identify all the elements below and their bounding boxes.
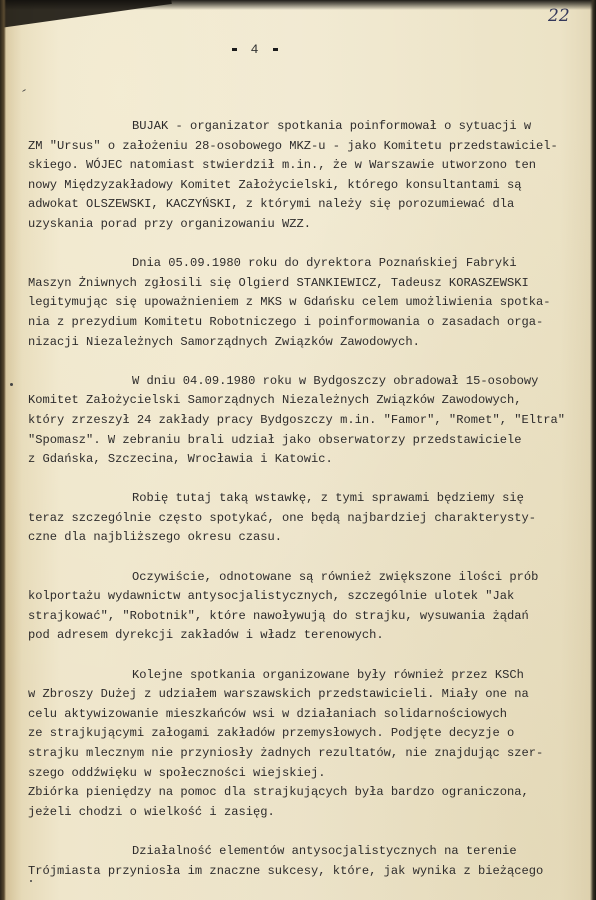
text-line: pod adresem dyrekcji zakładów i władz te…	[28, 626, 596, 646]
text-line: Dnia 05.09.1980 roku do dyrektora Poznań…	[28, 254, 596, 274]
text-line: który zrzeszył 24 zakłady pracy Bydgoszc…	[28, 411, 596, 431]
scan-speck	[30, 880, 32, 882]
text-line: skiego. WÓJEC natomiast stwierdził m.in.…	[28, 156, 596, 176]
text-line: w Zbroszy Dużej z udziałem warszawskich …	[28, 685, 596, 705]
text-line: legitymując się upoważnieniem z MKS w Gd…	[28, 293, 596, 313]
text-line: W dniu 04.09.1980 roku w Bydgoszczy obra…	[28, 372, 596, 392]
text-line: teraz szczególnie często spotykać, one b…	[28, 509, 596, 529]
text-line: adwokat OLSZEWSKI, KACZYŃSKI, z którymi …	[28, 195, 596, 215]
text-line: Maszyn Żniwnych zgłosili się Olgierd STA…	[28, 274, 596, 294]
paragraph: W dniu 04.09.1980 roku w Bydgoszczy obra…	[28, 372, 596, 470]
text-line: nia z prezydium Komitetu Robotniczego i …	[28, 313, 596, 333]
text-line: ze strajkującymi załogami zakładów przem…	[28, 724, 596, 744]
document-body: BUJAK - organizator spotkania poinformow…	[28, 117, 596, 900]
scanned-document-page: 22 4 BUJAK - organizator spotkania poinf…	[0, 0, 596, 900]
text-line: strajku mlecznym nie przyniosły żadnych …	[28, 744, 596, 764]
paragraph: BUJAK - organizator spotkania poinformow…	[28, 117, 596, 235]
text-line: szego oddźwięku w społeczności wiejskiej…	[28, 764, 596, 784]
text-line: nowy Międzyzakładowy Komitet Założyciels…	[28, 176, 596, 196]
paragraph: Robię tutaj taką wstawkę, z tymi sprawam…	[28, 489, 596, 548]
text-line: jeżeli chodzi o wielkość i zasięg.	[28, 803, 596, 823]
text-line: Komitet Założycielski Samorządnych Nieza…	[28, 391, 596, 411]
text-line: "Spomasz". W zebraniu brali udział jako …	[28, 431, 596, 451]
paragraph: Dnia 05.09.1980 roku do dyrektora Poznań…	[28, 254, 596, 352]
page-number: 4	[205, 42, 305, 57]
text-line: z Gdańska, Szczecina, Wrocławia i Katowi…	[28, 450, 596, 470]
text-line: Oczywiście, odnotowane są również zwięks…	[28, 568, 596, 588]
text-line: Robię tutaj taką wstawkę, z tymi sprawam…	[28, 489, 596, 509]
text-line: uzyskania porad przy organizowaniu WZZ.	[28, 215, 596, 235]
text-line: czne dla najbliższego okresu czasu.	[28, 528, 596, 548]
text-line: celu aktywizowanie mieszkańców wsi w dzi…	[28, 705, 596, 725]
text-line: Zbiórka pieniędzy na pomoc dla strajkują…	[28, 783, 596, 803]
dash-left	[232, 48, 237, 51]
text-line: ZM "Ursus" o założeniu 28-osobowego MKZ-…	[28, 137, 596, 157]
scan-speck	[22, 89, 26, 92]
text-line: BUJAK - organizator spotkania poinformow…	[28, 117, 596, 137]
text-line: Kolejne spotkania organizowane były równ…	[28, 666, 596, 686]
paragraph: Oczywiście, odnotowane są również zwięks…	[28, 568, 596, 646]
scan-speck	[10, 383, 13, 386]
page-number-label: 4	[251, 42, 260, 57]
binding-edge	[0, 0, 6, 900]
text-line: Działalność elementów antysocjalistyczny…	[28, 842, 596, 862]
text-line: nizacji Niezależnych Samorządnych Związk…	[28, 333, 596, 353]
top-edge-shadow	[0, 0, 596, 10]
dash-right	[273, 48, 278, 51]
paragraph: Kolejne spotkania organizowane były równ…	[28, 666, 596, 823]
text-line: strajkować", "Robotnik", które nawoływuj…	[28, 607, 596, 627]
text-line: Trójmiasta przyniosła im znaczne sukcesy…	[28, 862, 596, 882]
paragraph: Działalność elementów antysocjalistyczny…	[28, 842, 596, 881]
text-line: kolportażu wydawnictw antysocjalistyczny…	[28, 587, 596, 607]
handwritten-folio-number: 22	[548, 6, 570, 26]
